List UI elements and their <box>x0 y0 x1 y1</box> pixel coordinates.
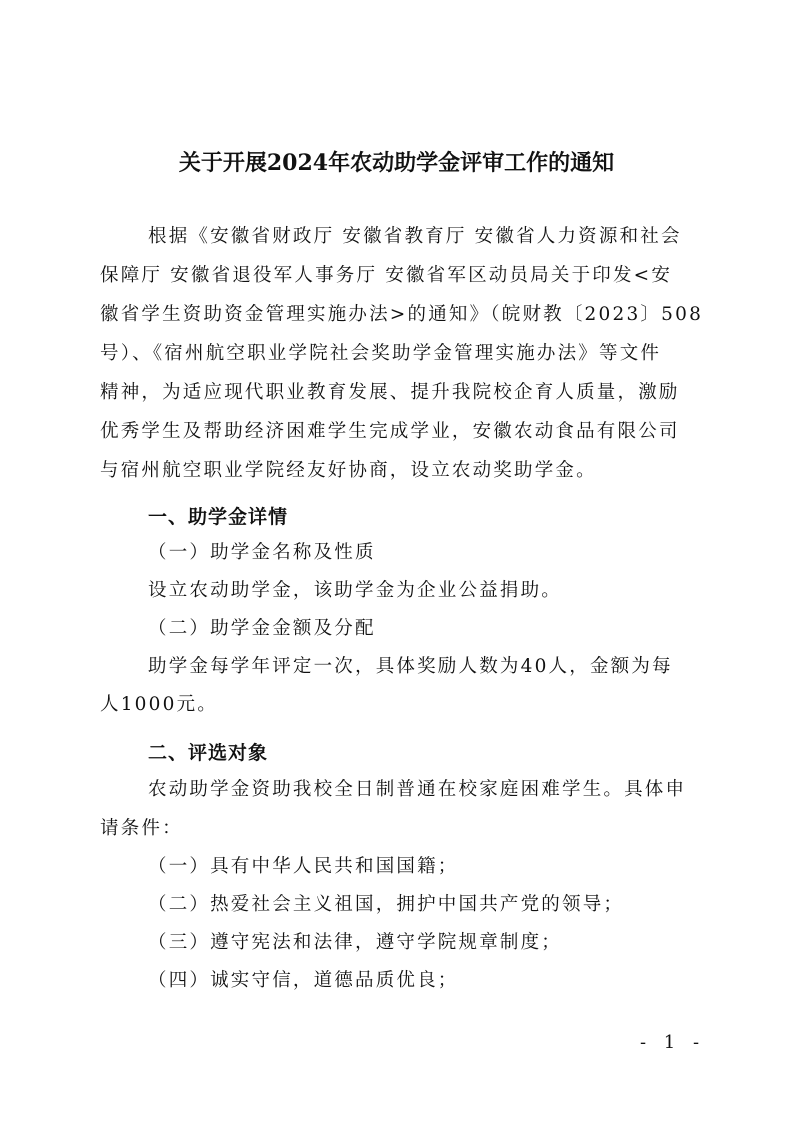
intro-line-3: 徽省学生资助资金管理实施办法>的通知》（皖财教〔2023〕508 <box>100 300 703 326</box>
section-2-text-1: 农动助学金资助我校全日制普通在校家庭困难学生。具体申 <box>148 775 686 801</box>
document-title: 关于开展2024年农动助学金评审工作的通知 <box>0 146 793 177</box>
intro-line-4: 号）、《宿州航空职业学院社会奖助学金管理实施办法》等文件 <box>100 339 661 365</box>
section-2-text-2: 请条件： <box>100 814 183 840</box>
condition-3: （三）遵守宪法和法律，遵守学院规章制度； <box>148 928 562 954</box>
intro-line-2: 保障厅 安徽省退役军人事务厅 安徽省军区动员局关于印发<安 <box>100 261 672 287</box>
intro-line-7: 与宿州航空职业学院经友好协商，设立农动奖助学金。 <box>100 456 597 482</box>
intro-line-1: 根据《安徽省财政厅 安徽省教育厅 安徽省人力资源和社会 <box>148 222 682 248</box>
section-1-heading: 一、助学金详情 <box>148 502 288 529</box>
condition-2: （二）热爱社会主义祖国，拥护中国共产党的领导； <box>148 890 624 916</box>
section-1-sub2-text-2: 人1000元。 <box>100 690 218 716</box>
condition-4: （四）诚实守信，道德品质优良； <box>148 966 459 992</box>
intro-line-6: 优秀学生及帮助经济困难学生完成学业，安徽农动食品有限公司 <box>100 417 680 443</box>
section-2-heading: 二、评选对象 <box>148 738 268 765</box>
condition-1: （一）具有中华人民共和国国籍； <box>148 852 459 878</box>
section-1-sub1-heading: （一）助学金名称及性质 <box>148 538 376 564</box>
section-1-sub1-text: 设立农动助学金，该助学金为企业公益捐助。 <box>148 576 562 602</box>
intro-line-5: 精神，为适应现代职业教育发展、提升我院校企育人质量，激励 <box>100 378 680 404</box>
section-1-sub2-text-1: 助学金每学年评定一次，具体奖励人数为40人，金额为每 <box>148 652 673 678</box>
section-1-sub2-heading: （二）助学金金额及分配 <box>148 614 376 640</box>
page-number: - 1 - <box>640 1032 705 1053</box>
